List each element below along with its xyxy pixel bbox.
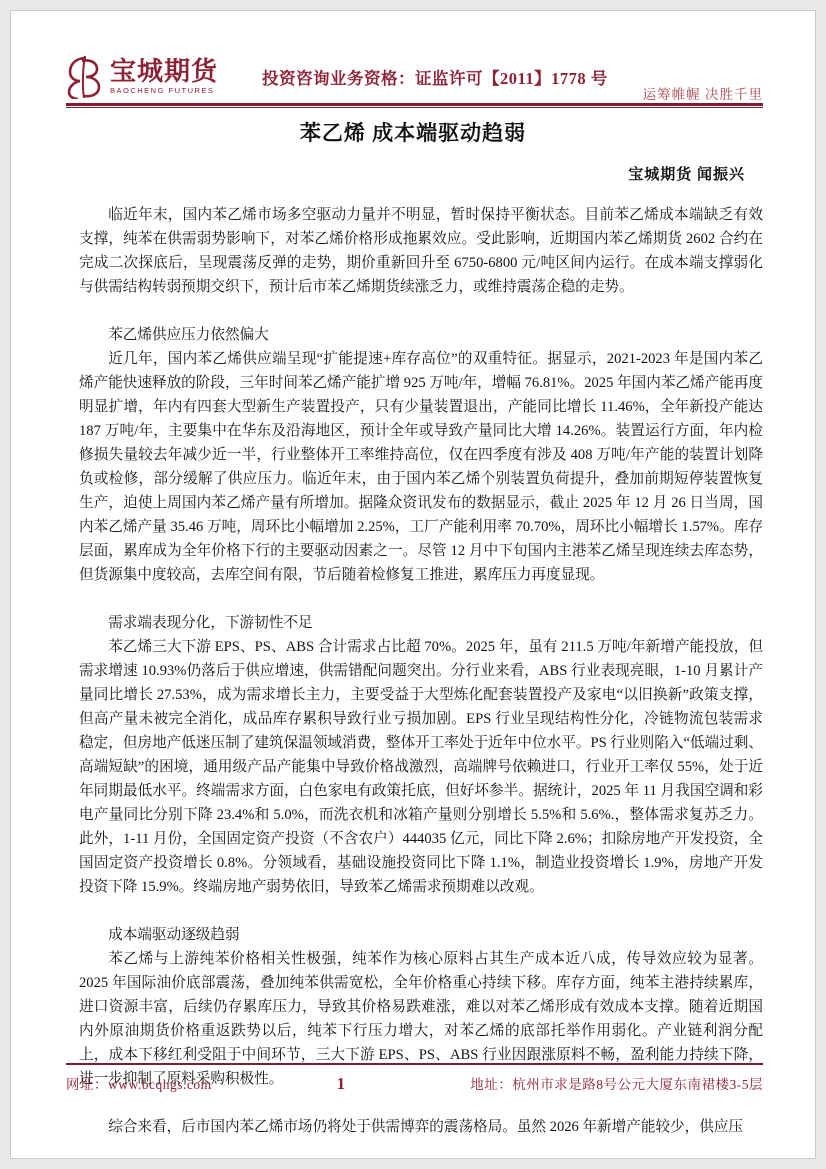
page-number: 1 (337, 1074, 346, 1094)
paragraph: 苯乙烯三大下游 EPS、PS、ABS 合计需求占比超 70%。2025 年，虽有… (79, 635, 763, 899)
slogan-text: 运筹帷幄 决胜千里 (643, 83, 763, 103)
section-intro: 临近年末，国内苯乙烯市场多空驱动力量并不明显，暂时保持平衡状态。目前苯乙烯成本端… (79, 203, 763, 299)
report-header: 宝城期货 BAOCHENG FUTURES 投资咨询业务资格：证监许可【2011… (66, 49, 763, 105)
section-supply: 苯乙烯供应压力依然偏大 近几年，国内苯乙烯供应端呈现“扩能提速+库存高位”的双重… (79, 323, 763, 587)
section-conclusion: 综合来看，后市国内苯乙烯市场仍将处于供需博弈的震荡格局。虽然 2026 年新增产… (79, 1115, 763, 1139)
paragraph: 临近年末，国内苯乙烯市场多空驱动力量并不明显，暂时保持平衡状态。目前苯乙烯成本端… (79, 203, 763, 299)
paragraph: 近几年，国内苯乙烯供应端呈现“扩能提速+库存高位”的双重特征。据显示，2021-… (79, 347, 763, 587)
header-divider (66, 103, 763, 108)
section-demand: 需求端表现分化，下游韧性不足 苯乙烯三大下游 EPS、PS、ABS 合计需求占比… (79, 611, 763, 899)
paragraph: 综合来看，后市国内苯乙烯市场仍将处于供需博弈的震荡格局。虽然 2026 年新增产… (79, 1115, 763, 1139)
baocheng-logo: 宝城期货 BAOCHENG FUTURES (66, 55, 244, 99)
report-page: 宝城期货 BAOCHENG FUTURES 投资咨询业务资格：证监许可【2011… (10, 10, 816, 1159)
footer-address: 地址：杭州市求是路8号公元大厦东南裙楼3-5层 (470, 1073, 763, 1093)
section-heading: 需求端表现分化，下游韧性不足 (79, 611, 763, 635)
section-heading: 苯乙烯供应压力依然偏大 (79, 323, 763, 347)
baocheng-logo-icon (66, 55, 106, 99)
brand-name-cn: 宝城期货 (110, 59, 218, 85)
byline: 宝城期货 闻振兴 (628, 163, 745, 184)
brand-name-en: BAOCHENG FUTURES (110, 87, 218, 95)
qualification-text: 投资咨询业务资格：证监许可【2011】1778 号 (262, 65, 643, 89)
footer-website: 网址：www.bcqhgs.com (66, 1073, 212, 1093)
report-footer: 网址：www.bcqhgs.com 1 地址：杭州市求是路8号公元大厦东南裙楼3… (66, 1063, 763, 1094)
report-body: 临近年末，国内苯乙烯市场多空驱动力量并不明显，暂时保持平衡状态。目前苯乙烯成本端… (79, 203, 763, 1139)
report-title: 苯乙烯 成本端驱动趋弱 (11, 117, 815, 147)
section-heading: 成本端驱动逐级趋弱 (79, 923, 763, 947)
